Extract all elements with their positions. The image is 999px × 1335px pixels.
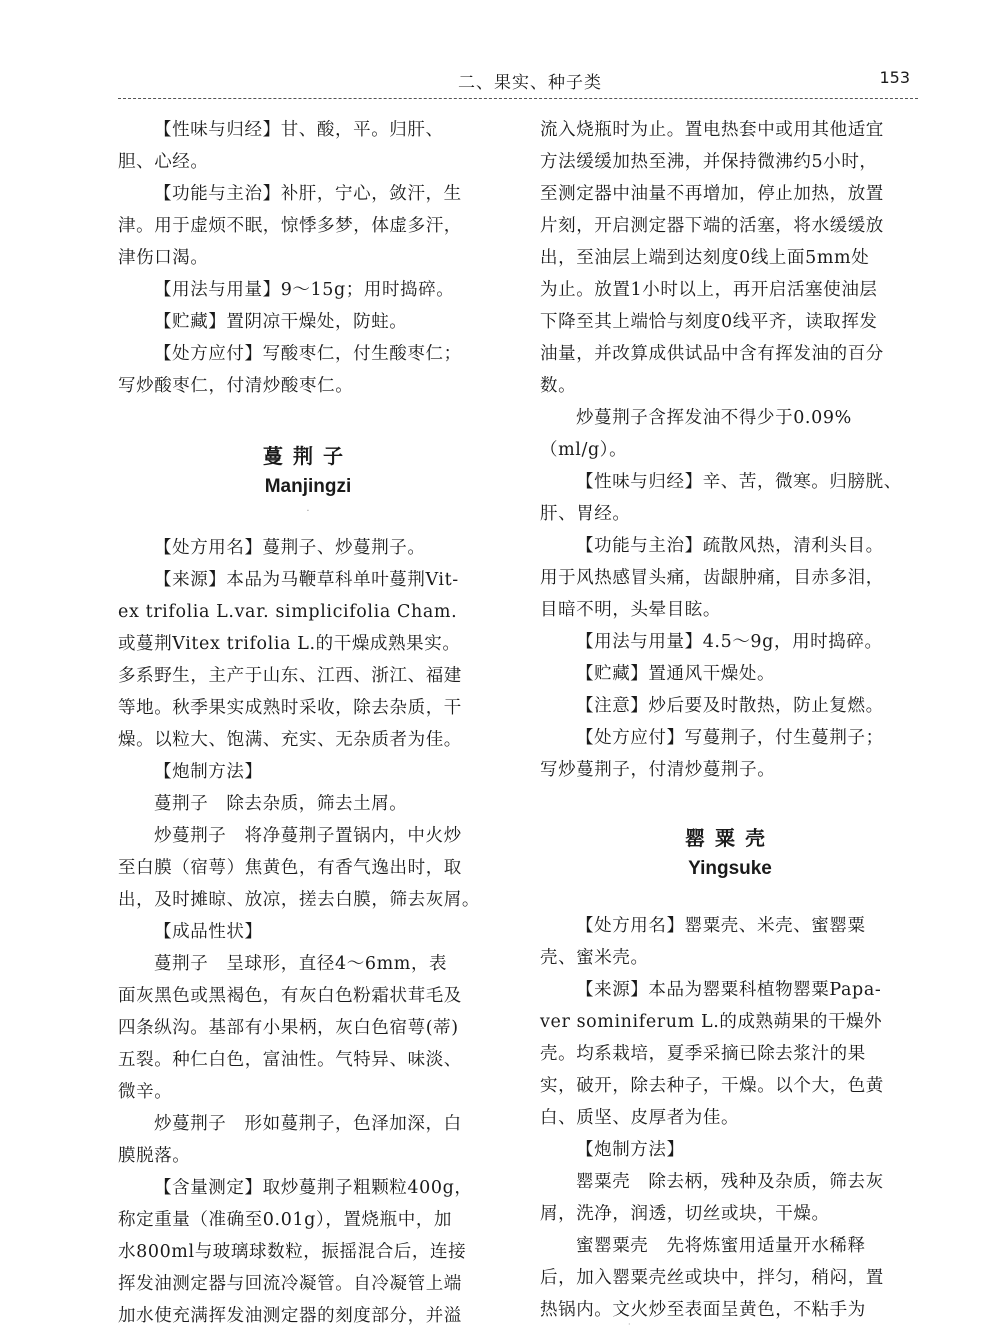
- left-top-section: 【性味与归经】甘、酸，平。归肝、胆、心经。【功能与主治】补肝，宁心，敛汗，生津。…: [118, 114, 498, 402]
- text-line: 下降至其上端恰与刻度0线平齐，读取挥发: [540, 306, 920, 338]
- text-line: 【用法与用量】4.5～9g，用时捣碎。: [540, 626, 920, 658]
- text-line: 至测定器中油量不再增加，停止加热，放置: [540, 178, 920, 210]
- text-line: 为止。放置1小时以上，再开启活塞使油层: [540, 274, 920, 306]
- text-line: ex trifolia L.var. simplicifolia Cham.: [118, 596, 498, 628]
- text-line: 【含量测定】取炒蔓荆子粗颗粒400g，: [118, 1172, 498, 1204]
- text-line: 白、质坚、皮厚者为佳。: [540, 1102, 920, 1134]
- text-line: 【成品性状】: [118, 916, 498, 948]
- text-line: 写炒蔓荆子，付清炒蔓荆子。: [540, 754, 920, 786]
- text-line: 数。: [540, 370, 920, 402]
- text-line: 【性味与归经】辛、苦，微寒。归膀胱、: [540, 466, 920, 498]
- text-line: 【处方用名】罂粟壳、米壳、蜜罂粟: [540, 910, 920, 942]
- text-line: 实，破开，除去种子，干燥。以个大，色黄: [540, 1070, 920, 1102]
- running-header: 二、果实、种子类 153: [118, 62, 918, 92]
- text-line: 炒蔓荆子 将净蔓荆子置锅内，中火炒: [118, 820, 498, 852]
- right-column: 流入烧瓶时为止。置电热套中或用其他适宜方法缓缓加热至沸，并保持微沸约5小时，至测…: [540, 114, 920, 1326]
- entry-pinyin-yingsuke: Yingsuke: [540, 854, 920, 884]
- text-line: 【性味与归经】甘、酸，平。归肝、: [118, 114, 498, 146]
- divider-dot: ·: [118, 502, 498, 532]
- text-line: 或蔓荆Vitex trifolia L.的干燥成熟果实。: [118, 628, 498, 660]
- text-line: 等地。秋季果实成熟时采收，除去杂质，干: [118, 692, 498, 724]
- left-body-section: 【处方用名】蔓荆子、炒蔓荆子。【来源】本品为马鞭草科单叶蔓荆Vit-ex tri…: [118, 532, 498, 1332]
- right-body-section: 【处方用名】罂粟壳、米壳、蜜罂粟壳、蜜米壳。【来源】本品为罂粟科植物罂粟Papa…: [540, 910, 920, 1326]
- text-line: 面灰黑色或黑褐色，有灰白色粉霜状茸毛及: [118, 980, 498, 1012]
- spacer: [118, 402, 498, 440]
- text-line: 四条纵沟。基部有小果柄，灰白色宿萼(蒂): [118, 1012, 498, 1044]
- text-line: 蔓荆子 呈球形，直径4～6mm，表: [118, 948, 498, 980]
- text-line: 加水使充满挥发油测定器的刻度部分，并溢: [118, 1300, 498, 1332]
- text-line: 流入烧瓶时为止。置电热套中或用其他适宜: [540, 114, 920, 146]
- text-line: 挥发油测定器与回流冷凝管。自冷凝管上端: [118, 1268, 498, 1300]
- text-line: 【来源】本品为马鞭草科单叶蔓荆Vit-: [118, 564, 498, 596]
- text-line: ver sominiferum L.的成熟蒴果的干燥外: [540, 1006, 920, 1038]
- text-line: 壳、蜜米壳。: [540, 942, 920, 974]
- text-line: 【注意】炒后要及时散热，防止复燃。: [540, 690, 920, 722]
- text-line: 微辛。: [118, 1076, 498, 1108]
- entry-pinyin-manjingzi: Manjingzi: [118, 472, 498, 502]
- entry-title-yingsuke: 罂粟壳: [540, 822, 920, 854]
- text-line: 出，至油层上端到达刻度0线上面5mm处: [540, 242, 920, 274]
- header-rule: [118, 98, 918, 99]
- text-line: 【贮藏】置通风干燥处。: [540, 658, 920, 690]
- text-line: 至白膜（宿萼）焦黄色，有香气逸出时，取: [118, 852, 498, 884]
- text-line: 【功能与主治】疏散风热，清利头目。: [540, 530, 920, 562]
- text-line: 炒蔓荆子 形如蔓荆子，色泽加深，白: [118, 1108, 498, 1140]
- text-line: 【用法与用量】9～15g；用时捣碎。: [118, 274, 498, 306]
- text-line: 胆、心经。: [118, 146, 498, 178]
- text-line: 片刻，开启测定器下端的活塞，将水缓缓放: [540, 210, 920, 242]
- text-line: 【炮制方法】: [118, 756, 498, 788]
- text-line: 水800ml与玻璃球数粒，振摇混合后，连接: [118, 1236, 498, 1268]
- spacer: [540, 786, 920, 822]
- text-line: 写炒酸枣仁，付清炒酸枣仁。: [118, 370, 498, 402]
- text-line: 壳。均系栽培，夏季采摘已除去浆汁的果: [540, 1038, 920, 1070]
- text-line: 【来源】本品为罂粟科植物罂粟Papa-: [540, 974, 920, 1006]
- right-top-section: 流入烧瓶时为止。置电热套中或用其他适宜方法缓缓加热至沸，并保持微沸约5小时，至测…: [540, 114, 920, 786]
- text-line: 炒蔓荆子含挥发油不得少于0.09%: [540, 402, 920, 434]
- text-line: 【处方应付】写酸枣仁，付生酸枣仁；: [118, 338, 498, 370]
- text-line: 多系野生，主产于山东、江西、浙江、福建: [118, 660, 498, 692]
- text-line: 后，加入罂粟壳丝或块中，拌匀，稍闷，置: [540, 1262, 920, 1294]
- text-line: 罂粟壳 除去柄，残种及杂质，筛去灰: [540, 1166, 920, 1198]
- text-line: 五裂。种仁白色，富油性。气特异、味淡、: [118, 1044, 498, 1076]
- text-line: 膜脱落。: [118, 1140, 498, 1172]
- text-line: 屑，洗净，润透，切丝或块，干燥。: [540, 1198, 920, 1230]
- text-line: 【处方应付】写蔓荆子，付生蔓荆子；: [540, 722, 920, 754]
- text-line: 方法缓缓加热至沸，并保持微沸约5小时，: [540, 146, 920, 178]
- left-column: 【性味与归经】甘、酸，平。归肝、胆、心经。【功能与主治】补肝，宁心，敛汗，生津。…: [118, 114, 498, 1332]
- entry-title-manjingzi: 蔓荆子: [118, 440, 498, 472]
- page-number: 153: [879, 68, 910, 87]
- text-line: 【处方用名】蔓荆子、炒蔓荆子。: [118, 532, 498, 564]
- text-line: 用于风热感冒头痛，齿龈肿痛，目赤多泪，: [540, 562, 920, 594]
- text-line: （ml/g）。: [540, 434, 920, 466]
- text-line: 燥。以粒大、饱满、充实、无杂质者为佳。: [118, 724, 498, 756]
- chapter-title: 二、果实、种子类: [458, 68, 602, 93]
- text-line: 称定重量（准确至0.01g），置烧瓶中，加: [118, 1204, 498, 1236]
- text-line: 油量，并改算成供试品中含有挥发油的百分: [540, 338, 920, 370]
- text-line: 【炮制方法】: [540, 1134, 920, 1166]
- scan-artifact-dot: ·: [628, 1320, 631, 1329]
- spacer: [540, 884, 920, 910]
- text-line: 蜜罂粟壳 先将炼蜜用适量开水稀释: [540, 1230, 920, 1262]
- text-line: 出，及时摊晾、放凉，搓去白膜，筛去灰屑。: [118, 884, 498, 916]
- text-line: 津。用于虚烦不眠，惊悸多梦，体虚多汗，: [118, 210, 498, 242]
- text-line: 目暗不明，头晕目眩。: [540, 594, 920, 626]
- text-line: 肝、胃经。: [540, 498, 920, 530]
- text-line: 蔓荆子 除去杂质，筛去土屑。: [118, 788, 498, 820]
- text-line: 津伤口渴。: [118, 242, 498, 274]
- text-line: 【功能与主治】补肝，宁心，敛汗，生: [118, 178, 498, 210]
- text-line: 【贮藏】置阴凉干燥处，防蛀。: [118, 306, 498, 338]
- text-line: 热锅内。文火炒至表面呈黄色，不粘手为: [540, 1294, 920, 1326]
